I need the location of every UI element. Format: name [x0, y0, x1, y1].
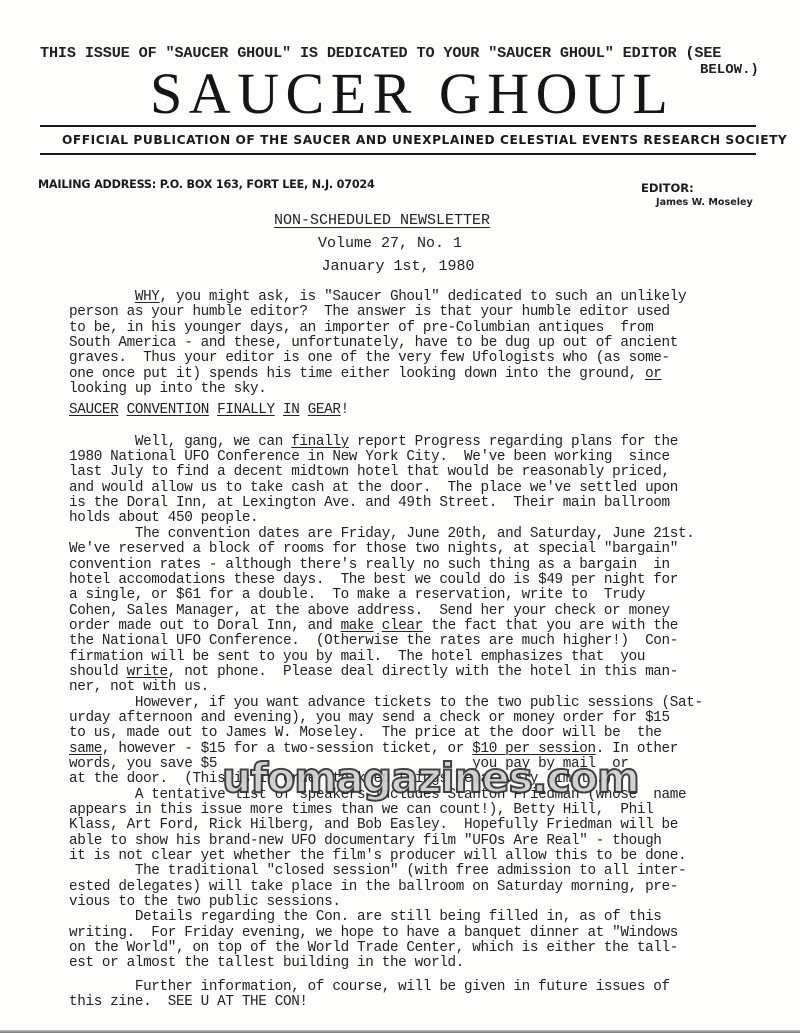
text-line: last July to find a decent midtown hotel…: [69, 465, 789, 480]
section-heading: SAUCER CONVENTION FINALLY IN GEAR!: [69, 403, 789, 418]
text-line: the National UFO Conference. (Otherwise …: [69, 634, 789, 649]
text-line: The traditional "closed session" (with f…: [69, 864, 789, 879]
text-line: Well, gang, we can finally report Progre…: [69, 435, 789, 450]
text-line: South America - and these, unfortunately…: [69, 336, 789, 351]
text-line: and would allow us to take cash at the d…: [69, 481, 789, 496]
text-line: holds about 450 people.: [69, 511, 789, 526]
text-line: 1980 National UFO Conference in New York…: [69, 450, 789, 465]
newsletter-date: January 1st, 1980: [0, 258, 798, 275]
paragraph-venue: Well, gang, we can finally report Progre…: [69, 435, 789, 527]
heading-word: GEAR: [308, 402, 341, 418]
masthead-rule-bottom: [40, 153, 756, 155]
text-line: est or almost the tallest building in th…: [69, 956, 789, 971]
underlined-word: make: [341, 618, 374, 634]
text-run: should: [69, 664, 127, 680]
paragraph-dates-rates: The convention dates are Friday, June 20…: [69, 527, 789, 696]
text-line: is the Doral Inn, at Lexington Ave. and …: [69, 496, 789, 511]
text-line: this zine. SEE U AT THE CON!: [69, 995, 789, 1010]
article-body: WHY, you might ask, is "Saucer Ghoul" de…: [69, 290, 789, 1010]
text-line: person as your humble editor? The answer…: [69, 305, 789, 320]
newsletter-title-text: NON-SCHEDULED NEWSLETTER: [274, 212, 490, 229]
text-line: to be, in his younger days, an importer …: [69, 321, 789, 336]
newsletter-volume: Volume 27, No. 1: [0, 235, 790, 252]
mailing-address: MAILING ADDRESS: P.O. BOX 163, FORT LEE,…: [38, 178, 375, 191]
text-line: appears in this issue more times than we…: [69, 803, 789, 818]
text-line: convention rates - although there's real…: [69, 558, 789, 573]
text-line: However, if you want advance tickets to …: [69, 696, 789, 711]
text-line: ner, not with us.: [69, 680, 789, 695]
heading-word: FINALLY: [217, 402, 275, 418]
text-run: , you might ask, is "Saucer Ghoul" dedic…: [160, 289, 687, 305]
heading-word: CONVENTION: [127, 402, 209, 418]
text-line: We've reserved a block of rooms for thos…: [69, 542, 789, 557]
text-line: vious to the two public sessions.: [69, 895, 789, 910]
text-line: Further information, of course, will be …: [69, 980, 789, 995]
text-line: Klass, Art Ford, Rick Hilberg, and Bob E…: [69, 818, 789, 833]
text-line: WHY, you might ask, is "Saucer Ghoul" de…: [69, 290, 789, 305]
text-line: The convention dates are Friday, June 20…: [69, 527, 789, 542]
paragraph-closing: Further information, of course, will be …: [69, 980, 789, 1011]
text-line: Details regarding the Con. are still bei…: [69, 910, 789, 925]
text-line: should write, not phone. Please deal dir…: [69, 665, 789, 680]
text-line: it is not clear yet whether the film's p…: [69, 849, 789, 864]
underlined-word: or: [645, 366, 661, 382]
heading-word: IN: [283, 402, 299, 418]
indent: [69, 289, 135, 305]
paragraph-banquet: Details regarding the Con. are still bei…: [69, 910, 789, 971]
text-line: one once put it) spends his time either …: [69, 367, 789, 382]
text-line: writing. For Friday evening, we hope to …: [69, 926, 789, 941]
text-line: ested delegates) will take place in the …: [69, 880, 789, 895]
publication-subtitle: OFFICIAL PUBLICATION OF THE SAUCER AND U…: [62, 133, 762, 147]
heading-terminator: !: [341, 402, 349, 418]
text-run: order made out to Doral Inn, and: [69, 618, 341, 634]
text-line: graves. Thus your editor is one of the v…: [69, 351, 789, 366]
heading-word: SAUCER: [69, 402, 118, 418]
editor-label: EDITOR:: [641, 181, 694, 195]
text-run: report Progress regarding plans for the: [349, 434, 678, 450]
text-run: one once put it) spends his time either …: [69, 366, 645, 382]
text-line: firmation will be sent to you by mail. T…: [69, 650, 789, 665]
underlined-word: finally: [291, 434, 349, 450]
text-run: Well, gang, we can: [69, 434, 291, 450]
editor-name: James W. Moseley: [656, 197, 753, 208]
text-line: order made out to Doral Inn, and make cl…: [69, 619, 789, 634]
masthead-rule-top: [40, 125, 756, 127]
text-line: Cohen, Sales Manager, at the above addre…: [69, 604, 789, 619]
text-line: looking up into the sky.: [69, 382, 789, 397]
text-run: , not phone. Please deal directly with t…: [168, 664, 678, 680]
intro-paragraph: WHY, you might ask, is "Saucer Ghoul" de…: [69, 290, 789, 397]
text-line: able to show his brand-new UFO documenta…: [69, 834, 789, 849]
text-line: a single, or $61 for a double. To make a…: [69, 588, 789, 603]
newsletter-title: NON-SCHEDULED NEWSLETTER: [0, 212, 782, 229]
newsletter-page: THIS ISSUE OF "SAUCER GHOUL" IS DEDICATE…: [0, 0, 800, 1033]
underlined-word: write: [127, 664, 168, 680]
paragraph-closed-session: The traditional "closed session" (with f…: [69, 864, 789, 910]
watermark: ufomagazines.com: [222, 756, 639, 800]
text-line: urday afternoon and evening), you may se…: [69, 711, 789, 726]
underlined-word: clear: [382, 618, 423, 634]
underlined-word: WHY: [135, 289, 160, 305]
underlined-word: same: [69, 741, 102, 757]
masthead-title: SAUCER GHOUL: [150, 62, 710, 126]
text-line: hotel accomodations these days. The best…: [69, 573, 789, 588]
text-run: the fact that you are with the: [423, 618, 678, 634]
text-line: on the World", on top of the World Trade…: [69, 941, 789, 956]
text-run: [374, 618, 382, 634]
dedication-note: THIS ISSUE OF "SAUCER GHOUL" IS DEDICATE…: [40, 45, 770, 61]
spacer: [69, 419, 789, 427]
text-line: to us, made out to James W. Moseley. The…: [69, 726, 789, 741]
